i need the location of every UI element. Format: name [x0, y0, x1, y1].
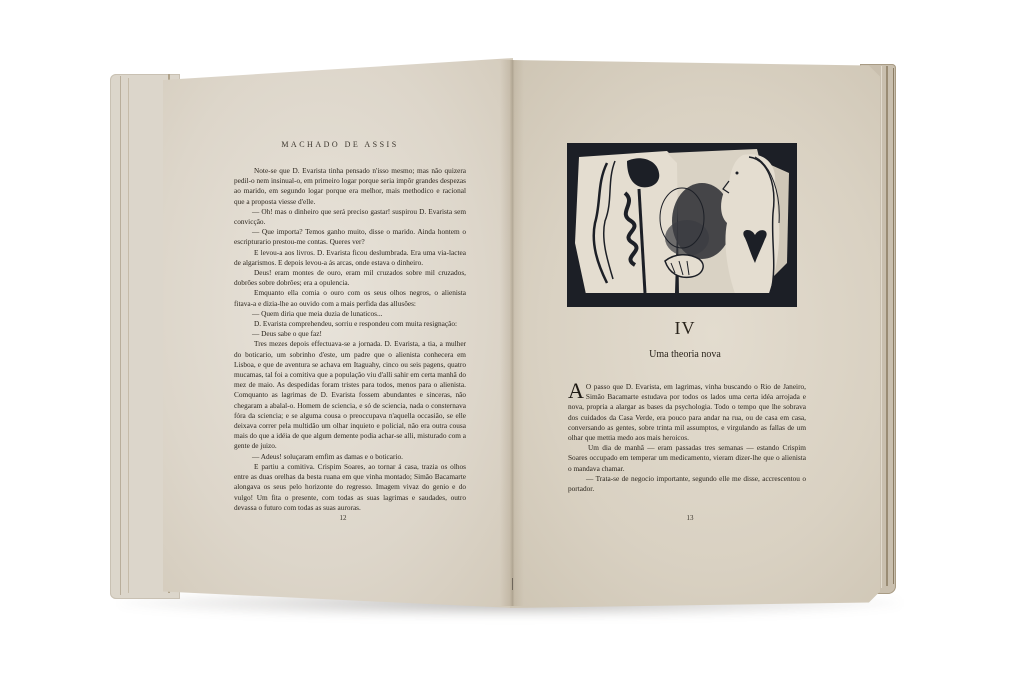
paragraph: Tres mezes depois effectuava-se a jornad… [234, 339, 466, 451]
paragraph: — Deus sabe o que faz! [234, 329, 466, 339]
book-photo: MACHADO DE ASSIS Note-se que D. Evarista… [0, 0, 1024, 683]
paragraph: Deus! eram montes de ouro, eram mil cruz… [234, 268, 466, 288]
paragraph: — Que importa? Temos ganho muito, disse … [234, 227, 466, 247]
paragraph: Note-se que D. Evarista tinha pensado n'… [234, 166, 466, 207]
paragraph: Um dia de manhã — eram passadas tres sem… [568, 443, 806, 474]
paragraph: O passo que D. Evarista, em lagrimas, vi… [568, 382, 806, 442]
right-page-text: AO passo que D. Evarista, em lagrimas, v… [568, 382, 806, 494]
paragraph: D. Evarista comprehendeu, sorriu e respo… [234, 319, 466, 329]
chapter-number: IV [650, 318, 720, 339]
paragraph: — Trata-se de negocio importante, segund… [568, 474, 806, 494]
gutter-mark [512, 578, 513, 590]
drop-cap: A [568, 382, 584, 400]
paragraph: — Oh! mas o dinheiro que será preciso ga… [234, 207, 466, 227]
paragraph: E levou-a aos livros. D. Evarista ficou … [234, 248, 466, 268]
chapter-title: Uma theoria nova [620, 349, 750, 360]
book-gutter [500, 60, 524, 606]
paragraph: Emquanto ella comia o ouro com os seus o… [234, 288, 466, 308]
paragraph: E partiu a comitiva. Crispim Soares, ao … [234, 462, 466, 513]
paragraph: — Adeus! soluçaram emfim as damas e o bo… [234, 452, 466, 462]
paragraph-first: AO passo que D. Evarista, em lagrimas, v… [568, 382, 806, 443]
lithograph-illustration [567, 143, 797, 307]
running-head: MACHADO DE ASSIS [280, 140, 400, 149]
illustration-art [567, 143, 797, 307]
page-number-left: 12 [328, 514, 358, 522]
paragraph: — Quem diria que meia duzia de lunaticos… [234, 309, 466, 319]
page-number-right: 13 [675, 514, 705, 522]
left-page-text: Note-se que D. Evarista tinha pensado n'… [234, 166, 466, 513]
